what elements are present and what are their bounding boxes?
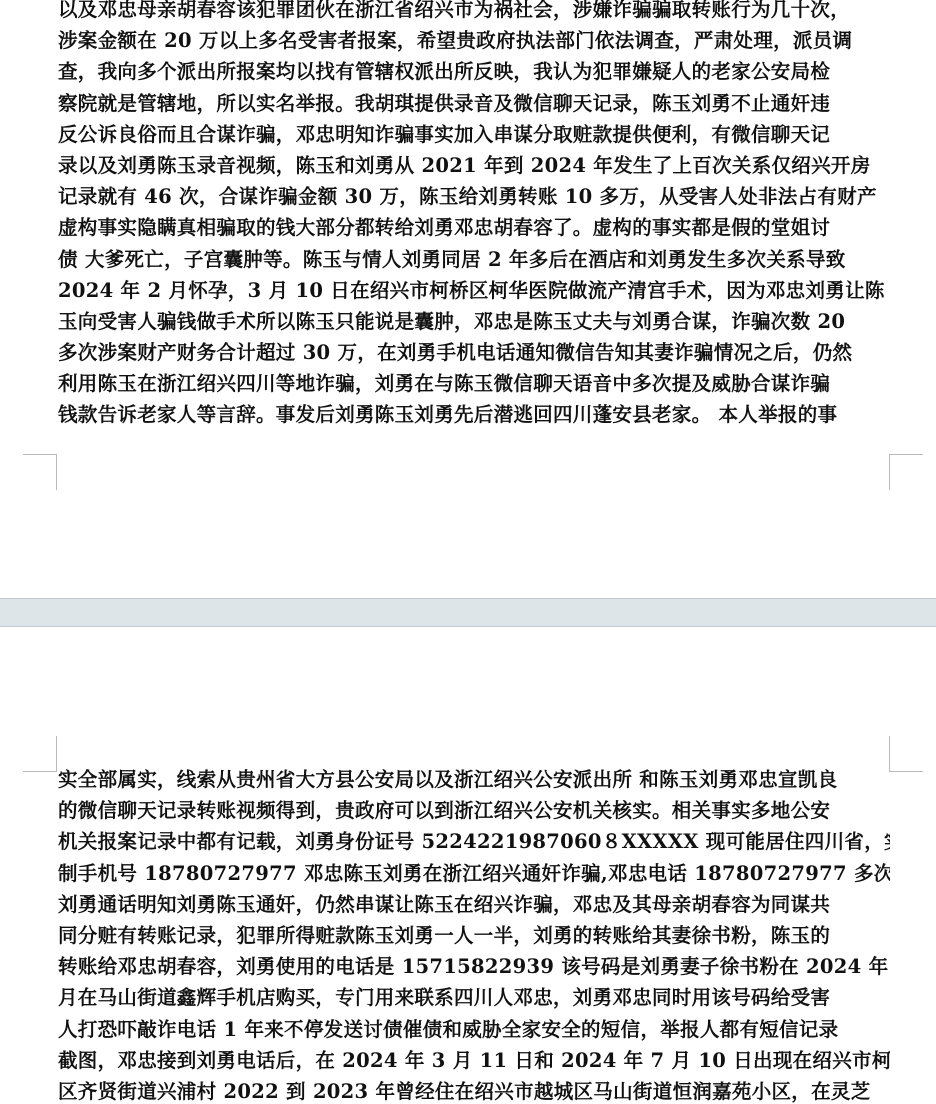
page-separator xyxy=(0,598,936,627)
text-line: 反公诉良俗而且合谋诈骗，邓忠明知诈骗事实加入串谋分取赃款提供便利，有微信聊天记 xyxy=(58,119,890,150)
text-line: 虚构事实隐瞒真相骗取的钱大部分都转给刘勇邓忠胡春容了。虚构的事实都是假的堂姐讨 xyxy=(58,212,890,243)
margin-corner-mark-top-right xyxy=(889,736,923,772)
text-line: 同分赃有转账记录，犯罪所得赃款陈玉刘勇一人一半，刘勇的转账给其妻徐书粉，陈玉的 xyxy=(58,920,890,951)
text-line: 月在马山街道鑫辉手机店购买，专门用来联系四川人邓忠，刘勇邓忠同时用该号码给受害 xyxy=(58,982,890,1013)
text-line: 截图，邓忠接到刘勇电话后，在 2024 年 3 月 11 日和 2024 年 7… xyxy=(58,1045,890,1076)
text-line: 录以及刘勇陈玉录音视频，陈玉和刘勇从 2021 年到 2024 年发生了上百次关… xyxy=(58,150,890,181)
document-page-2[interactable]: 实全部属实，线索从贵州省大方县公安局以及浙江绍兴公安派出所 和陈玉刘勇邓忠宣凯良… xyxy=(0,627,936,1104)
document-page-1[interactable]: 以及邓忠母亲胡春容该犯罪团伙在浙江省绍兴市为祸社会，涉嫌诈骗骗取转账行为几十次，… xyxy=(0,0,936,598)
page-1-body-text[interactable]: 以及邓忠母亲胡春容该犯罪团伙在浙江省绍兴市为祸社会，涉嫌诈骗骗取转账行为几十次，… xyxy=(58,0,890,431)
text-line: 转账给邓忠胡春容，刘勇使用的电话是 15715822939 该号码是刘勇妻子徐书… xyxy=(58,951,890,982)
margin-corner-mark-bottom-left xyxy=(23,454,57,490)
text-line: 利用陈玉在浙江绍兴四川等地诈骗，刘勇在与陈玉微信聊天语音中多次提及威胁合谋诈骗 xyxy=(58,368,890,399)
text-line: 玉向受害人骗钱做手术所以陈玉只能说是囊肿，邓忠是陈玉丈夫与刘勇合谋，诈骗次数 2… xyxy=(58,306,890,337)
text-line: 实全部属实，线索从贵州省大方县公安局以及浙江绍兴公安派出所 和陈玉刘勇邓忠宣凯良 xyxy=(58,764,890,795)
text-line: 制手机号 18780727977 邓忠陈玉刘勇在浙江绍兴通奸诈骗,邓忠电话 18… xyxy=(58,858,890,889)
margin-corner-mark-bottom-right xyxy=(889,454,923,490)
text-line: 记录就有 46 次，合谋诈骗金额 30 万，陈玉给刘勇转账 10 多万，从受害人… xyxy=(58,181,890,212)
text-line: 涉案金额在 20 万以上多名受害者报案，希望贵政府执法部门依法调查，严肃处理，派… xyxy=(58,25,890,56)
page-2-body-text[interactable]: 实全部属实，线索从贵州省大方县公安局以及浙江绍兴公安派出所 和陈玉刘勇邓忠宣凯良… xyxy=(58,764,890,1104)
text-line: 钱款告诉老家人等言辞。事发后刘勇陈玉刘勇先后潜逃回四川蓬安县老家。 本人举报的事 xyxy=(58,399,890,430)
text-line: 查，我向多个派出所报案均以找有管辖权派出所反映，我认为犯罪嫌疑人的老家公安局检 xyxy=(58,56,890,87)
text-line: 机关报案记录中都有记载，刘勇身份证号 5224221987060８XXXXX 现… xyxy=(58,826,890,857)
text-line: 债 大爹死亡，子宫囊肿等。陈玉与情人刘勇同居 2 年多后在酒店和刘勇发生多次关系… xyxy=(58,244,890,275)
text-line: 刘勇通话明知刘勇陈玉通奸，仍然串谋让陈玉在绍兴诈骗，邓忠及其母亲胡春容为同谋共 xyxy=(58,889,890,920)
text-line: 以及邓忠母亲胡春容该犯罪团伙在浙江省绍兴市为祸社会，涉嫌诈骗骗取转账行为几十次， xyxy=(58,0,890,25)
text-line: 人打恐吓敲诈电话 1 年来不停发送讨债催债和威胁全家安全的短信，举报人都有短信记… xyxy=(58,1014,890,1045)
text-line: 区齐贤街道兴浦村 2022 到 2023 年曾经住在绍兴市越城区马山街道恒润嘉苑… xyxy=(58,1076,890,1104)
text-line: 2024 年 2 月怀孕，3 月 10 日在绍兴市柯桥区柯华医院做流产清宫手术，… xyxy=(58,275,890,306)
text-line: 多次涉案财产财务合计超过 30 万，在刘勇手机电话通知微信告知其妻诈骗情况之后，… xyxy=(58,337,890,368)
text-line: 察院就是管辖地，所以实名举报。我胡琪提供录音及微信聊天记录，陈玉刘勇不止通奸违 xyxy=(58,88,890,119)
margin-corner-mark-top-left xyxy=(23,736,57,772)
document-viewport[interactable]: 以及邓忠母亲胡春容该犯罪团伙在浙江省绍兴市为祸社会，涉嫌诈骗骗取转账行为几十次，… xyxy=(0,0,936,1104)
text-line: 的微信聊天记录转账视频得到，贵政府可以到浙江绍兴公安机关核实。相关事实多地公安 xyxy=(58,795,890,826)
